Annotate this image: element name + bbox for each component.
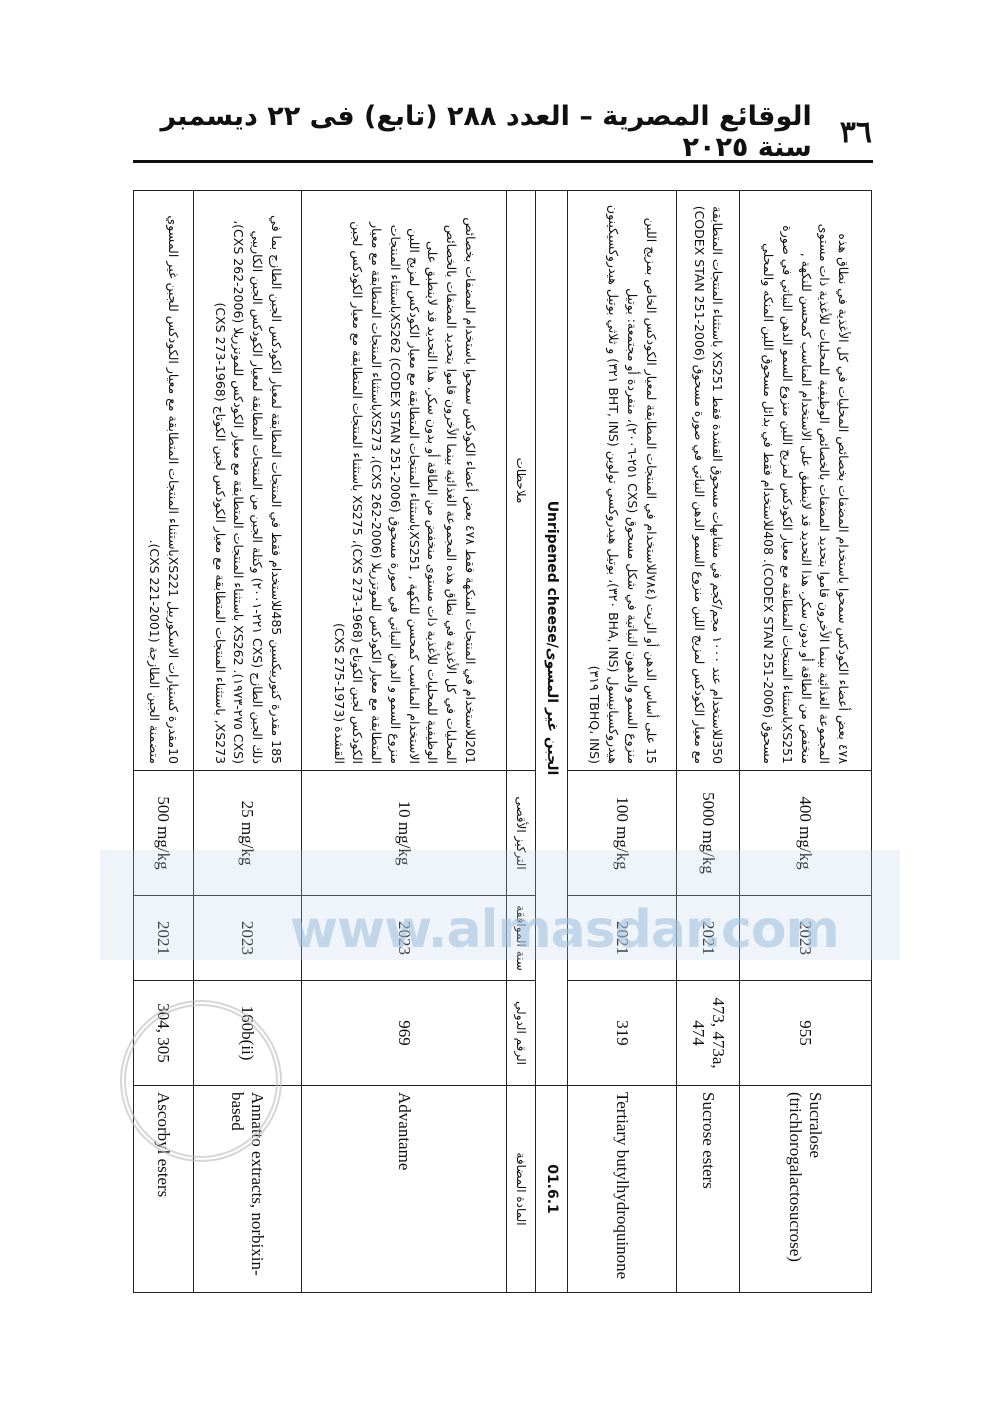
group-code: 01.6.1 xyxy=(536,1086,568,1293)
table-row: Sucralose (trichlorogalactosucrose)95520… xyxy=(739,191,871,1293)
col-header-ins: الرقم الدولي xyxy=(506,981,536,1086)
additive-name: Sucrose esters xyxy=(676,1086,739,1293)
notes-cell: 10مقدرة كستيارات الاسكوربيل XS221باستثنا… xyxy=(134,191,194,771)
year-adopted: 2021 xyxy=(676,896,739,981)
ins-number: 955 xyxy=(739,981,871,1086)
group-name: الجبن غير المسوى/Unripened cheese xyxy=(536,191,568,1086)
additives-table-container: Sucralose (trichlorogalactosucrose)95520… xyxy=(133,190,872,1292)
year-adopted: 2021 xyxy=(568,896,676,981)
notes-cell: 350للاستخدام عند ١٠٠٠ مجم/كجم في مشابهات… xyxy=(676,191,739,771)
ins-number: 473, 473a, 474 xyxy=(676,981,739,1086)
additive-name: Advantame xyxy=(302,1086,507,1293)
col-header-notes: ملاحظات xyxy=(506,191,536,771)
header-divider xyxy=(133,160,873,163)
group-row: 01.6.1 الجبن غير المسوى/Unripened cheese xyxy=(536,191,568,1293)
col-header-max-level: التركيز الأقصى xyxy=(506,771,536,896)
food-additives-table: Sucralose (trichlorogalactosucrose)95520… xyxy=(133,190,872,1293)
col-header-additive: المادة المضافة xyxy=(506,1086,536,1293)
table-row: Advantame969202310 mg/kg201للاستخدام في … xyxy=(302,191,507,1293)
ins-number: 969 xyxy=(302,981,507,1086)
notes-cell: 201للاستخدام في المنتجات المنكهة فقط ٤٧٨… xyxy=(302,191,507,771)
additive-name: Annatto extracts, norbixin-based xyxy=(193,1086,301,1293)
table-row: Ascorbyl esters304, 3052021500 mg/kg10مق… xyxy=(134,191,194,1293)
table-row: Tertiary butylhydroquinone3192021100 mg/… xyxy=(568,191,676,1293)
table-row: Annatto extracts, norbixin-based160b(ii)… xyxy=(193,191,301,1293)
max-level: 500 mg/kg xyxy=(134,771,194,896)
ins-number: 319 xyxy=(568,981,676,1086)
year-adopted: 2023 xyxy=(193,896,301,981)
ins-number: 304, 305 xyxy=(134,981,194,1086)
additive-name: Tertiary butylhydroquinone xyxy=(568,1086,676,1293)
max-level: 10 mg/kg xyxy=(302,771,507,896)
additive-name: Ascorbyl esters xyxy=(134,1086,194,1293)
ins-number: 160b(ii) xyxy=(193,981,301,1086)
col-header-year: سنة الموافقة xyxy=(506,896,536,981)
year-adopted: 2023 xyxy=(739,896,871,981)
notes-cell: ٤٧٨ بعض أعضاء الكودكس سمحوا باستخدام الم… xyxy=(739,191,871,771)
notes-cell: 185 مقدرة كنوربيكسين 485للاستخدام فقط في… xyxy=(193,191,301,771)
table-row: Sucrose esters473, 473a, 47420215000 mg/… xyxy=(676,191,739,1293)
notes-cell: 15 على أساس الدهن أو الزيت (٧٨٤للاستخدام… xyxy=(568,191,676,771)
additive-name: Sucralose (trichlorogalactosucrose) xyxy=(739,1086,871,1293)
max-level: 25 mg/kg xyxy=(193,771,301,896)
page-number: ٣٦ xyxy=(840,115,872,150)
year-adopted: 2021 xyxy=(134,896,194,981)
page-header: ٣٦ الوقائع المصرية – العدد ٢٨٨ (تابع) فى… xyxy=(130,112,872,152)
max-level: 5000 mg/kg xyxy=(676,771,739,896)
gazette-title: الوقائع المصرية – العدد ٢٨٨ (تابع) فى ٢٢… xyxy=(130,101,812,163)
column-header-row: المادة المضافة الرقم الدولي سنة الموافقة… xyxy=(506,191,536,1293)
max-level: 400 mg/kg xyxy=(739,771,871,896)
year-adopted: 2023 xyxy=(302,896,507,981)
max-level: 100 mg/kg xyxy=(568,771,676,896)
